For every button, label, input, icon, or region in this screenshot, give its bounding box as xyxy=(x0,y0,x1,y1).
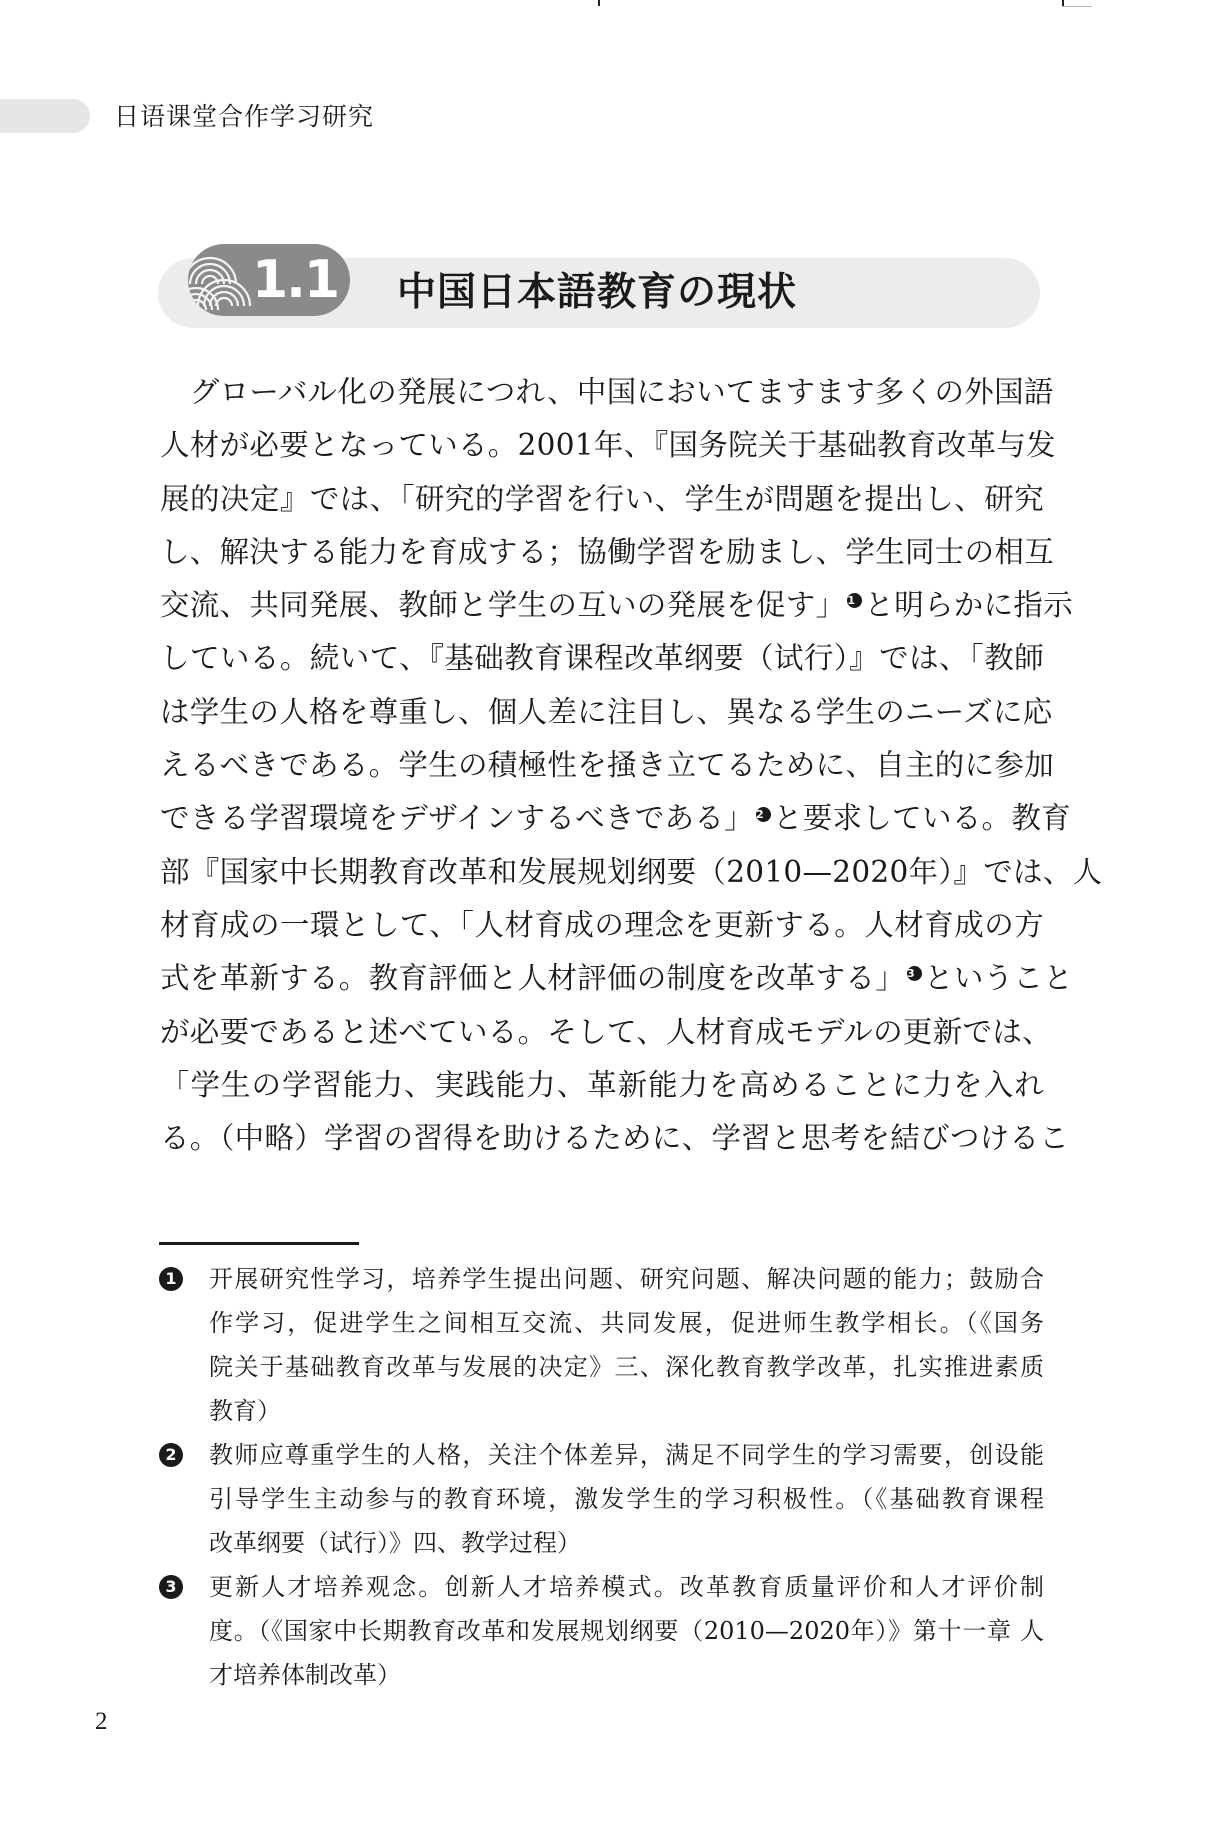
body-line: は学生の人格を尊重し、個人差に注目し、異なる学生のニーズに応 xyxy=(160,686,1044,739)
body-line-text: 展的决定』では、「研究的学習を行い、学生が問題を提出し、研究 xyxy=(160,482,1044,516)
footnote: 2教师应尊重学生的人格，关注个体差异，满足不同学生的学习需要，创设能引导学生主动… xyxy=(159,1433,1044,1565)
footnote-line: 开展研究性学习，培养学生提出问题、研究问题、解决问题的能力；鼓励合 xyxy=(209,1257,1044,1301)
body-line-text: は学生の人格を尊重し、個人差に注目し、異なる学生のニーズに応 xyxy=(160,695,1053,729)
body-line: 部『国家中长期教育改革和发展规划纲要（2010—2020年）』では、人 xyxy=(160,846,1044,899)
footnote: 1开展研究性学习，培养学生提出问题、研究问题、解决问题的能力；鼓励合作学习，促进… xyxy=(159,1257,1044,1433)
body-line-text: 人材が必要となっている。2001年、『国务院关于基础教育改革与发 xyxy=(160,428,1056,462)
footnote-line: 才培养体制改革） xyxy=(209,1653,1044,1697)
body-line-text: えるべきである。学生の積極性を掻き立てるために、自主的に参加 xyxy=(160,748,1054,782)
crop-mark-top xyxy=(598,0,600,6)
section-number: 1.1 xyxy=(252,244,338,316)
body-line-text: し、解決する能力を育成する；協働学習を励まし、学生同士の相互 xyxy=(160,535,1054,569)
body-line-text: 材育成の一環として、「人材育成の理念を更新する。人材育成の方 xyxy=(160,908,1044,942)
footnote: 3更新人才培养观念。创新人才培养模式。改革教育质量评价和人才评价制度。（《国家中… xyxy=(159,1565,1044,1697)
footnote-line: 作学习，促进学生之间相互交流、共同发展，促进师生教学相长。（《国务 xyxy=(209,1301,1044,1345)
body-line-text: できる学習環境をデザインするべきである」 xyxy=(160,801,754,835)
page-number: 2 xyxy=(95,1708,108,1736)
footnote-marker: 1 xyxy=(159,1267,183,1291)
body-text: グローバル化の発展につれ、中国においてますます多くの外国語人材が必要となっている… xyxy=(160,366,1044,1165)
footnote-line: 改革纲要（试行）》四、教学过程） xyxy=(209,1521,1044,1565)
footnotes: 1开展研究性学习，培养学生提出问题、研究问题、解决问题的能力；鼓励合作学习，促进… xyxy=(159,1257,1044,1697)
footnote-reference[interactable]: 1 xyxy=(847,593,862,608)
body-line: が必要であると述べている。そして、人材育成モデルの更新では、 xyxy=(160,1006,1044,1059)
body-line-text: が必要であると述べている。そして、人材育成モデルの更新では、 xyxy=(160,1015,1052,1049)
section-title: 中国日本語教育の現状 xyxy=(397,258,797,328)
body-line: 材育成の一環として、「人材育成の理念を更新する。人材育成の方 xyxy=(160,899,1044,952)
body-line: している。続いて、『基础教育课程改革纲要（试行）』では、「教師 xyxy=(160,632,1044,685)
crop-mark-top-right-h xyxy=(1062,6,1092,7)
footnote-divider xyxy=(159,1242,359,1245)
body-line: 式を革新する。教育評価と人材評価の制度を改革する」3ということ xyxy=(160,952,1044,1005)
body-line: えるべきである。学生の積極性を掻き立てるために、自主的に参加 xyxy=(160,739,1044,792)
body-line: し、解決する能力を育成する；協働学習を励まし、学生同士の相互 xyxy=(160,526,1044,579)
footnote-reference[interactable]: 2 xyxy=(756,807,771,822)
footnote-marker: 3 xyxy=(159,1575,183,1599)
body-line-text-after: と要求している。教育 xyxy=(773,801,1071,835)
body-line-text: 式を革新する。教育評価と人材評価の制度を改革する」 xyxy=(160,961,905,995)
body-line: る。（中略）学習の習得を助けるために、学習と思考を結びつけるこ xyxy=(160,1112,1044,1165)
footnote-marker: 2 xyxy=(159,1443,183,1467)
body-line: グローバル化の発展につれ、中国においてますます多くの外国語 xyxy=(160,366,1044,419)
footnote-line: 度。（《国家中长期教育改革和发展规划纲要（2010—2020年）》第十一章 人 xyxy=(209,1609,1044,1653)
body-line-text: る。（中略）学習の習得を助けるために、学習と思考を結びつけるこ xyxy=(160,1121,1069,1155)
body-line: 「学生の学習能力、実践能力、革新能力を高めることに力を入れ xyxy=(160,1059,1044,1112)
body-line-text-after: と明らかに指示 xyxy=(864,588,1073,622)
body-line: 交流、共同発展、教師と学生の互いの発展を促す」1と明らかに指示 xyxy=(160,579,1044,632)
footnote-reference[interactable]: 3 xyxy=(907,966,922,981)
footnote-line: 教师应尊重学生的人格，关注个体差异，满足不同学生的学习需要，创设能 xyxy=(209,1433,1044,1477)
footnote-line: 教育） xyxy=(209,1389,1044,1433)
body-line-text: 部『国家中长期教育改革和发展规划纲要（2010—2020年）』では、人 xyxy=(160,855,1102,889)
running-head: 日语课堂合作学习研究 xyxy=(114,100,374,134)
running-head-tab xyxy=(0,99,90,133)
body-line: 展的决定』では、「研究的学習を行い、学生が問題を提出し、研究 xyxy=(160,473,1044,526)
body-line: できる学習環境をデザインするべきである」2と要求している。教育 xyxy=(160,792,1044,845)
footnote-line: 更新人才培养观念。创新人才培养模式。改革教育质量评价和人才评价制 xyxy=(209,1565,1044,1609)
body-line-text: 交流、共同発展、教師と学生の互いの発展を促す」 xyxy=(160,588,845,622)
footnote-line: 引导学生主动参与的教育环境，激发学生的学习积极性。（《基础教育课程 xyxy=(209,1477,1044,1521)
footnote-line: 院关于基础教育改革与发展的决定》三、深化教育教学改革，扎实推进素质 xyxy=(209,1345,1044,1389)
body-line-text: している。続いて、『基础教育课程改革纲要（试行）』では、「教師 xyxy=(160,641,1044,675)
body-line: 人材が必要となっている。2001年、『国务院关于基础教育改革与发 xyxy=(160,419,1044,472)
body-line-text: グローバル化の発展につれ、中国においてますます多くの外国語 xyxy=(160,375,1054,409)
body-line-text-after: ということ xyxy=(924,961,1073,995)
section-badge: 1.1 xyxy=(188,244,350,316)
body-line-text: 「学生の学習能力、実践能力、革新能力を高めることに力を入れ xyxy=(160,1068,1044,1102)
